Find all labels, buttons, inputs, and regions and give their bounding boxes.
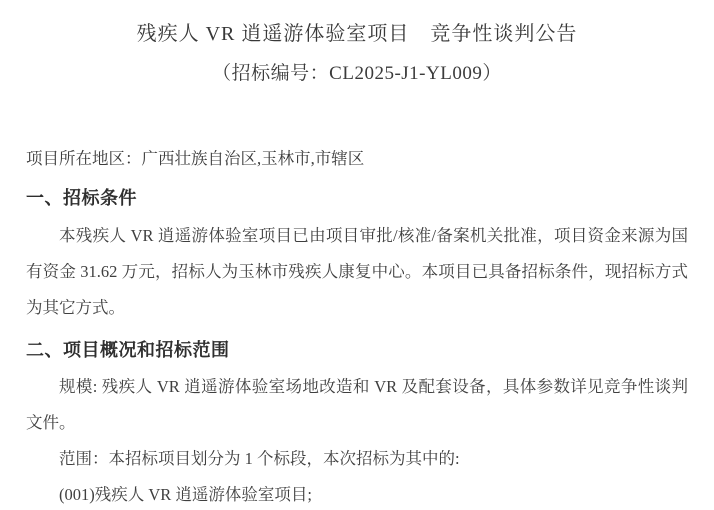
document-title: 残疾人 VR 逍遥游体验室项目 竞争性谈判公告: [26, 20, 688, 48]
section-1-paragraph-conditions: 本残疾人 VR 逍遥游体验室项目已由项目审批/核准/备案机关批准，项目资金来源为…: [26, 218, 688, 326]
section-2-paragraph-scale: 规模: 残疾人 VR 逍遥游体验室场地改造和 VR 及配套设备，具体参数详见竞争…: [26, 369, 688, 441]
tender-announcement-page: 残疾人 VR 逍遥游体验室项目 竞争性谈判公告 （招标编号：CL2025-J1-…: [0, 0, 714, 510]
tender-number-line: （招标编号：CL2025-J1-YL009）: [26, 60, 688, 88]
section-2-paragraph-lot-001: (001)残疾人 VR 逍遥游体验室项目;: [26, 477, 688, 510]
section-2-heading-project-overview: 二、项目概况和招标范围: [26, 338, 688, 362]
section-1-heading-tender-conditions: 一、招标条件: [26, 186, 688, 210]
section-2-paragraph-scope: 范围：本招标项目划分为 1 个标段，本次招标为其中的:: [26, 441, 688, 477]
project-location-line: 项目所在地区：广西壮族自治区,玉林市,市辖区: [26, 148, 688, 170]
